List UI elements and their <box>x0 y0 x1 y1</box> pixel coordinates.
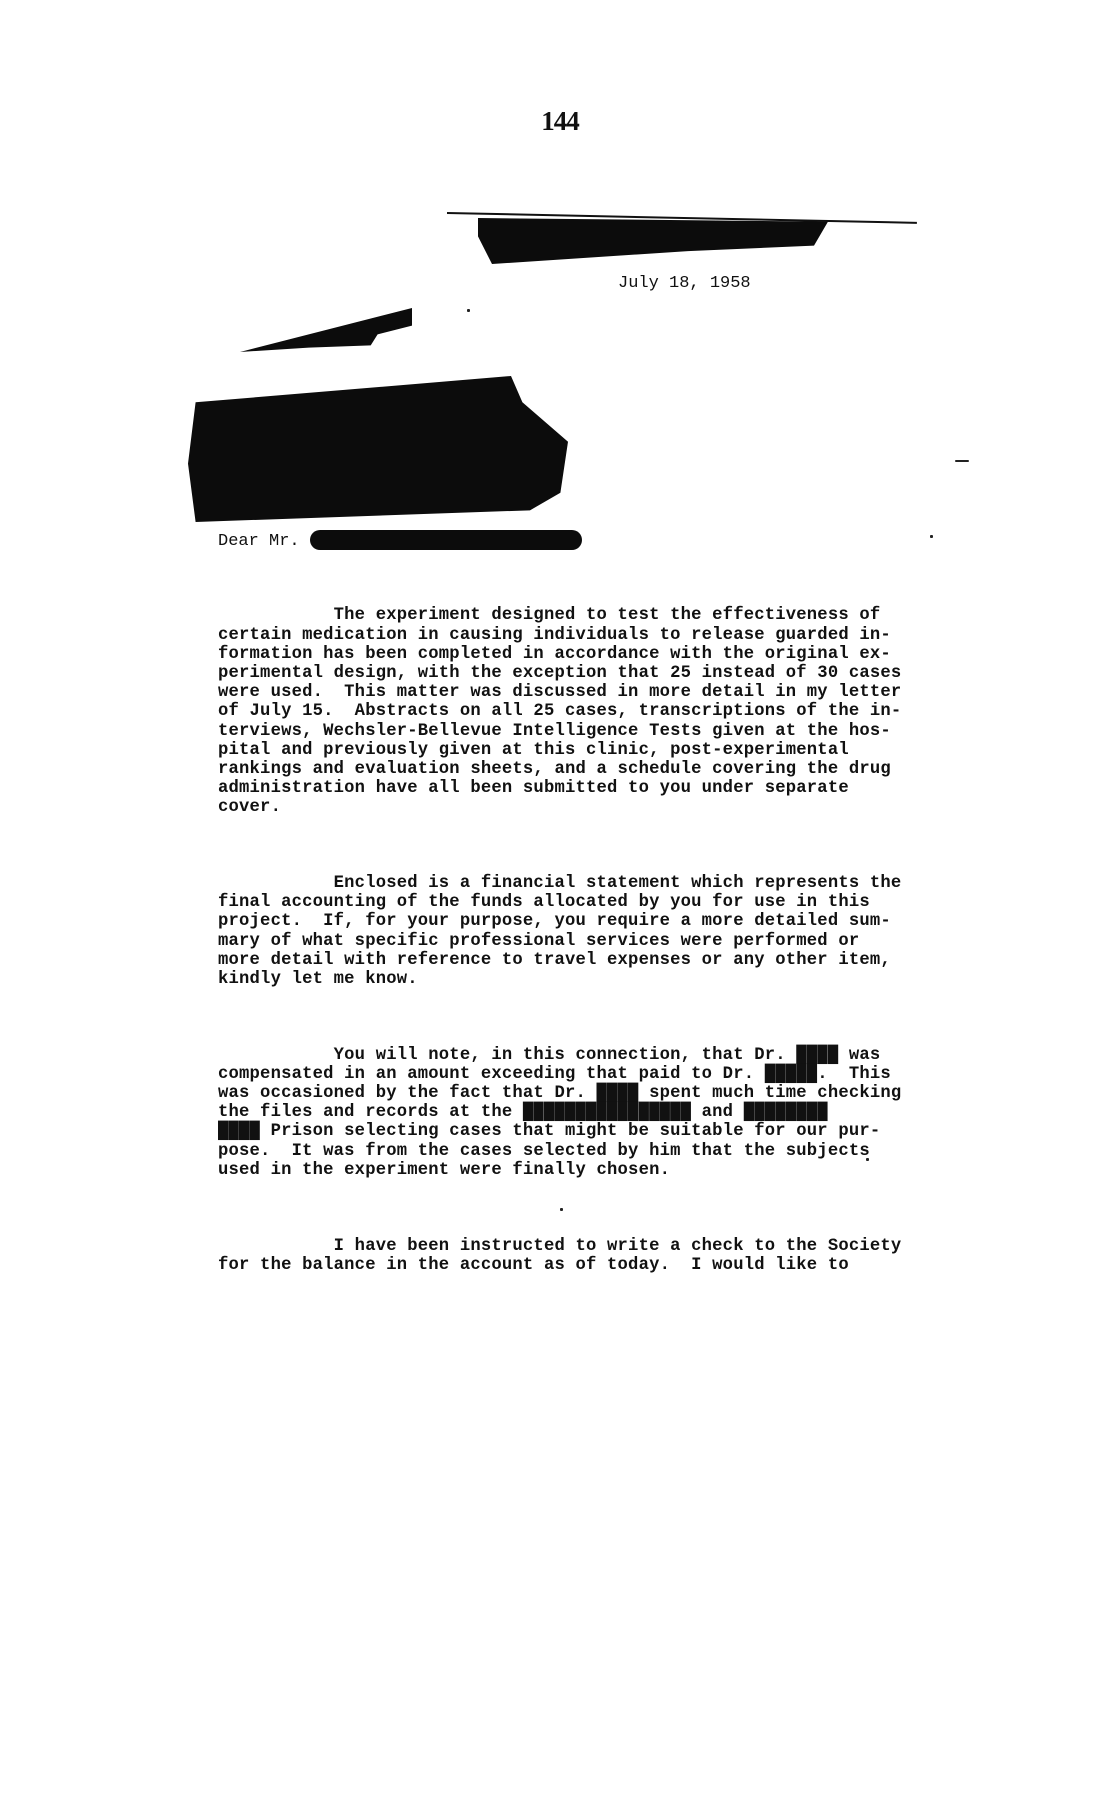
paragraph-3: You will note, in this connection, that … <box>218 1046 1008 1180</box>
scan-speck <box>866 1158 869 1161</box>
scan-speck <box>560 1208 563 1211</box>
page-number: 144 <box>0 106 1100 137</box>
text-line: the files and records at the ███████████… <box>218 1103 1008 1122</box>
text-line: was occasioned by the fact that Dr. ████… <box>218 1084 1008 1103</box>
scan-speck <box>955 460 969 462</box>
text-line: kindly let me know. <box>218 970 1008 989</box>
text-line: Enclosed is a financial statement which … <box>218 874 1008 893</box>
text-line: pital and previously given at this clini… <box>218 741 1008 760</box>
salutation: Dear Mr. <box>218 532 300 551</box>
text-line: perimental design, with the exception th… <box>218 664 1008 683</box>
text-line: more detail with reference to travel exp… <box>218 951 1008 970</box>
letter-date: July 18, 1958 <box>618 274 751 293</box>
text-line: cover. <box>218 798 1008 817</box>
text-line: You will note, in this connection, that … <box>218 1046 1008 1065</box>
text-line: mary of what specific professional servi… <box>218 932 1008 951</box>
text-line: of July 15. Abstracts on all 25 cases, t… <box>218 702 1008 721</box>
scan-speck <box>930 535 933 538</box>
text-line: were used. This matter was discussed in … <box>218 683 1008 702</box>
text-line: certain medication in causing individual… <box>218 626 1008 645</box>
text-line: The experiment designed to test the effe… <box>218 606 1008 625</box>
salutation-text: Dear Mr. <box>218 532 300 551</box>
letter-body: The experiment designed to test the effe… <box>218 568 1008 1312</box>
text-line: I have been instructed to write a check … <box>218 1237 1008 1256</box>
redacted-salutation-name <box>310 530 582 550</box>
text-line: ████ Prison selecting cases that might b… <box>218 1122 1008 1141</box>
paragraph-2: Enclosed is a financial statement which … <box>218 874 1008 989</box>
text-line: for the balance in the account as of tod… <box>218 1256 1008 1275</box>
text-line: used in the experiment were finally chos… <box>218 1161 1008 1180</box>
paragraph-1: The experiment designed to test the effe… <box>218 606 1008 817</box>
text-line: formation has been completed in accordan… <box>218 645 1008 664</box>
text-line: pose. It was from the cases selected by … <box>218 1142 1008 1161</box>
redacted-recipient-name <box>240 308 412 352</box>
text-line: rankings and evaluation sheets, and a sc… <box>218 760 1008 779</box>
scan-speck <box>467 309 470 312</box>
paragraph-4: I have been instructed to write a check … <box>218 1237 1008 1275</box>
redacted-letterhead <box>478 218 828 264</box>
text-line: administration have all been submitted t… <box>218 779 1008 798</box>
text-line: terviews, Wechsler-Bellevue Intelligence… <box>218 722 1008 741</box>
text-line: project. If, for your purpose, you requi… <box>218 912 1008 931</box>
text-line: final accounting of the funds allocated … <box>218 893 1008 912</box>
text-line: compensated in an amount exceeding that … <box>218 1065 1008 1084</box>
redacted-recipient-address <box>188 376 568 522</box>
